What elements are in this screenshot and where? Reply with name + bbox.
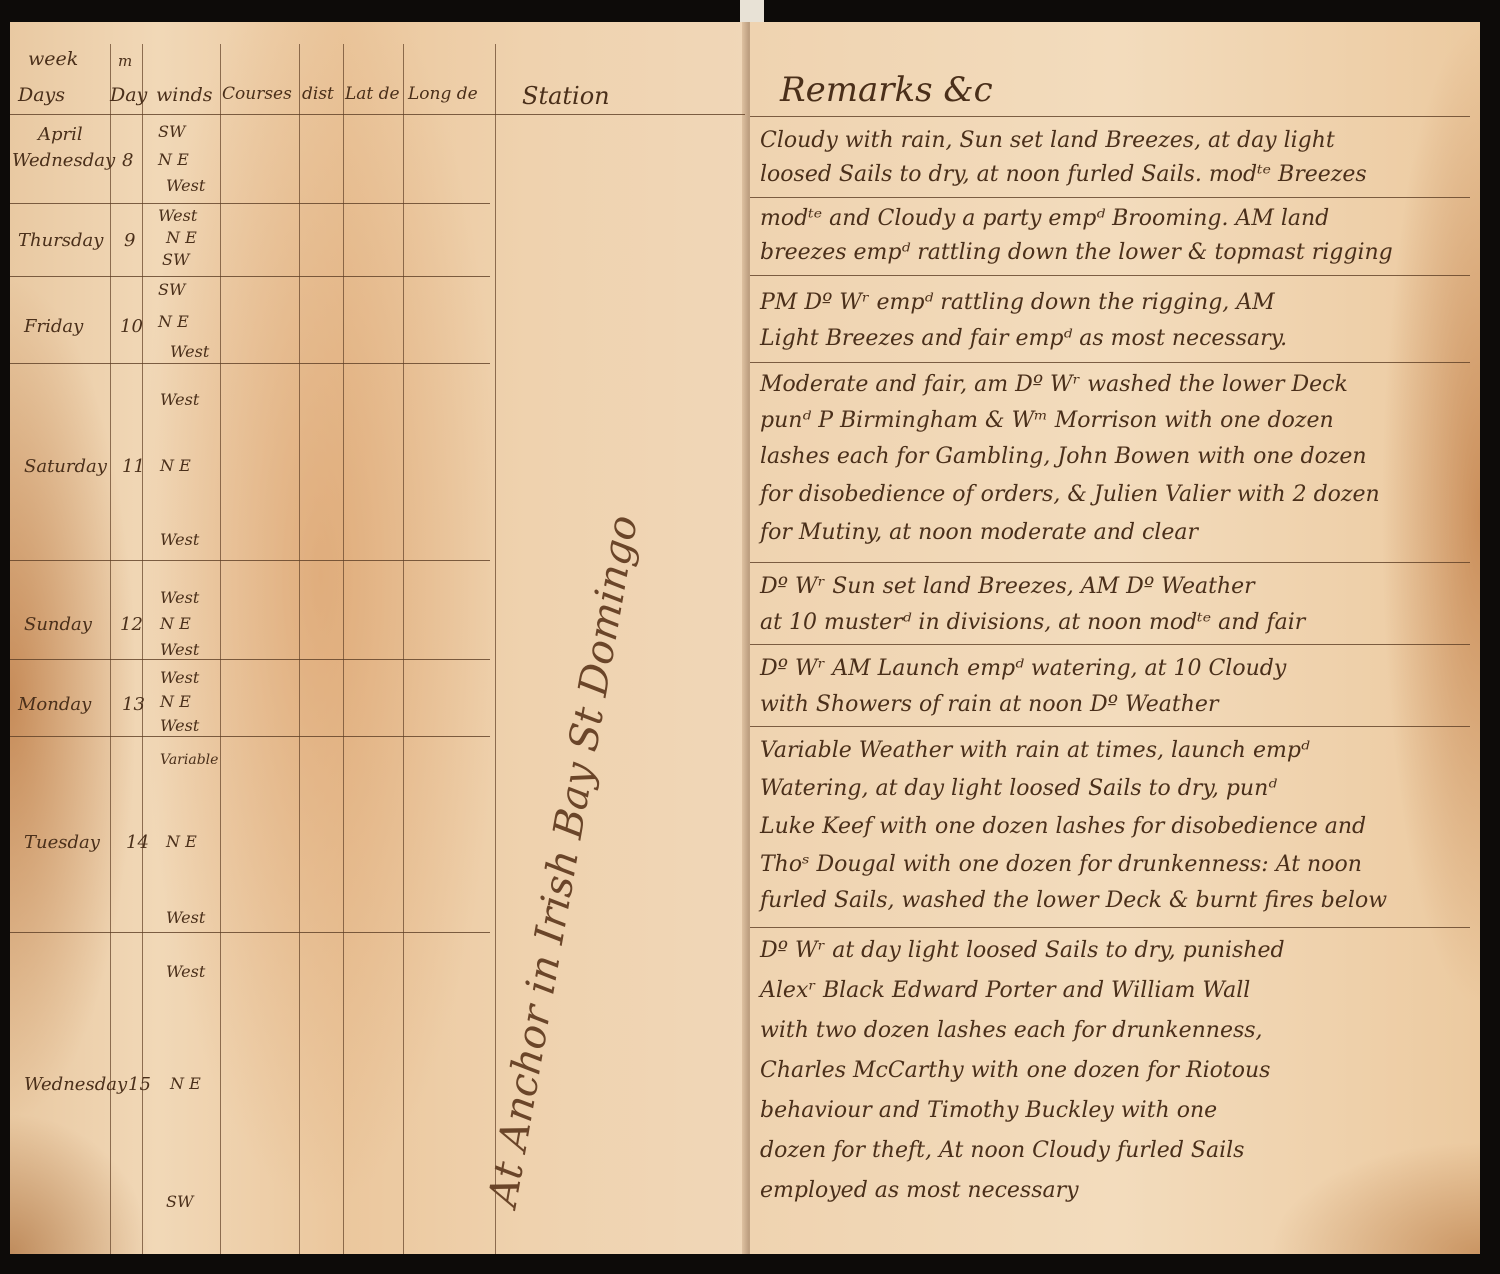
day-number: 13 <box>122 694 145 715</box>
bookmark-ribbon <box>740 0 764 22</box>
rule-col-lat <box>403 44 404 1254</box>
header-day: Day <box>110 84 147 106</box>
remarks-title: Remarks &c <box>780 70 993 110</box>
weekday: Saturday <box>24 456 107 477</box>
remark-line: Luke Keef with one dozen lashes for diso… <box>760 814 1366 839</box>
wind-entry: West <box>160 640 199 659</box>
wind-entry: N E <box>158 150 189 169</box>
remark-line: lashes each for Gambling, John Bowen wit… <box>760 444 1367 469</box>
remark-line: Dº Wʳ at day light loosed Sails to dry, … <box>760 938 1285 963</box>
remark-line: Thoˢ Dougal with one dozen for drunkenne… <box>760 852 1362 877</box>
remark-line: Light Breezes and fair empᵈ as most nece… <box>760 326 1287 351</box>
wind-entry: N E <box>166 832 197 851</box>
rule-entry <box>750 562 1470 563</box>
rule-row <box>10 736 490 737</box>
remark-line: PM Dº Wʳ empᵈ rattling down the rigging,… <box>760 290 1275 315</box>
header-distance: dist <box>302 84 334 104</box>
wind-entry: West <box>166 908 205 927</box>
header-week: week <box>28 48 78 70</box>
remark-line: with Showers of rain at noon Dº Weather <box>760 692 1218 717</box>
rule-col-long <box>495 44 496 1254</box>
remark-line: Charles McCarthy with one dozen for Riot… <box>760 1058 1270 1083</box>
rule-entry <box>750 197 1470 198</box>
day-number: 12 <box>120 614 143 635</box>
rule-header-bottom <box>10 114 745 115</box>
rule-entry <box>750 275 1470 276</box>
remark-line: behaviour and Timothy Buckley with one <box>760 1098 1217 1123</box>
wind-entry: N E <box>158 312 189 331</box>
remark-line: furled Sails, washed the lower Deck & bu… <box>760 888 1387 913</box>
remark-line: dozen for theft, At noon Cloudy furled S… <box>760 1138 1244 1163</box>
wind-entry: SW <box>162 250 189 269</box>
weekday: Friday <box>24 316 83 337</box>
remark-line: Dº Wʳ AM Launch empᵈ watering, at 10 Clo… <box>760 656 1286 681</box>
wind-entry: West <box>160 530 199 549</box>
wind-entry: SW <box>158 122 185 141</box>
header-days: Days <box>18 84 65 106</box>
rule-row <box>10 276 490 277</box>
remark-line: breezes empᵈ rattling down the lower & t… <box>760 240 1393 265</box>
wind-entry: West <box>170 342 209 361</box>
header-winds: winds <box>156 84 213 106</box>
rule-entry <box>750 726 1470 727</box>
rule-row <box>10 659 490 660</box>
rule-entry <box>750 927 1470 928</box>
remark-line: with two dozen lashes each for drunkenne… <box>760 1018 1263 1043</box>
weekday: Thursday <box>18 230 103 251</box>
remark-line: for Mutiny, at noon moderate and clear <box>760 520 1198 545</box>
rule-row <box>10 560 490 561</box>
remark-line: modᵗᵉ and Cloudy a party empᵈ Brooming. … <box>760 206 1329 231</box>
remark-line: Dº Wʳ Sun set land Breezes, AM Dº Weathe… <box>760 574 1255 599</box>
right-page-remarks: Remarks &c Cloudy with rain, Sun set lan… <box>750 22 1480 1254</box>
rule-entry <box>750 362 1470 363</box>
remark-line: Watering, at day light loosed Sails to d… <box>760 776 1277 801</box>
day-number: 8 <box>122 150 133 171</box>
wind-entry: West <box>166 176 205 195</box>
wind-entry: SW <box>158 280 185 299</box>
wind-entry: N E <box>160 614 191 633</box>
header-courses: Courses <box>222 84 292 104</box>
wind-entry: Variable <box>160 752 218 768</box>
header-latitude: Lat de <box>345 84 400 104</box>
rule-row <box>10 363 490 364</box>
remark-line: employed as most necessary <box>760 1178 1079 1203</box>
remark-line: Variable Weather with rain at times, lau… <box>760 738 1310 763</box>
log-book-spread: week Days m Day winds Courses dist Lat d… <box>0 0 1500 1274</box>
remark-line: loosed Sails to dry, at noon furled Sail… <box>760 162 1367 187</box>
wind-entry: N E <box>170 1074 201 1093</box>
wind-entry: West <box>160 390 199 409</box>
wind-entry: West <box>160 588 199 607</box>
wind-entry: West <box>166 962 205 981</box>
rule-col-courses <box>299 44 300 1254</box>
wind-entry: West <box>158 206 197 225</box>
wind-entry: SW <box>166 1192 193 1211</box>
rule-col-day <box>142 44 143 1254</box>
station-annotation: At Anchor in Irish Bay St Domingo <box>480 512 647 1210</box>
remark-line: Cloudy with rain, Sun set land Breezes, … <box>760 128 1335 153</box>
day-number: 14 <box>126 832 149 853</box>
header-station: Station <box>522 82 610 110</box>
header-longitude: Long de <box>408 84 478 104</box>
day-number: 9 <box>124 230 135 251</box>
rule-col-days <box>110 44 111 1254</box>
rule-col-dist <box>343 44 344 1254</box>
day-number: 15 <box>128 1074 151 1095</box>
day-number: 11 <box>122 456 145 477</box>
wind-entry: West <box>160 668 199 687</box>
weekday: Wednesday <box>12 150 115 171</box>
rule-entry <box>750 644 1470 645</box>
weekday: Monday <box>18 694 91 715</box>
rule-row <box>10 932 490 933</box>
remark-line: Moderate and fair, am Dº Wʳ washed the l… <box>760 372 1348 397</box>
month-label: April <box>38 124 83 145</box>
rule-header-bottom <box>750 116 1470 117</box>
wind-entry: N E <box>160 692 191 711</box>
weekday: Sunday <box>24 614 92 635</box>
weekday: Tuesday <box>24 832 100 853</box>
wind-entry: West <box>160 716 199 735</box>
day-number: 10 <box>120 316 143 337</box>
remark-line: for disobedience of orders, & Julien Val… <box>760 482 1380 507</box>
rule-col-winds <box>220 44 221 1254</box>
remark-line: at 10 musterᵈ in divisions, at noon modᵗ… <box>760 610 1305 635</box>
wind-entry: N E <box>160 456 191 475</box>
remark-line: punᵈ P Birmingham & Wᵐ Morrison with one… <box>760 408 1334 433</box>
header-month: m <box>118 52 132 70</box>
weekday: Wednesday <box>24 1074 127 1095</box>
remark-line: Alexʳ Black Edward Porter and William Wa… <box>760 978 1250 1003</box>
rule-row <box>10 203 490 204</box>
left-page-log-table: week Days m Day winds Courses dist Lat d… <box>10 22 750 1254</box>
wind-entry: N E <box>166 228 197 247</box>
